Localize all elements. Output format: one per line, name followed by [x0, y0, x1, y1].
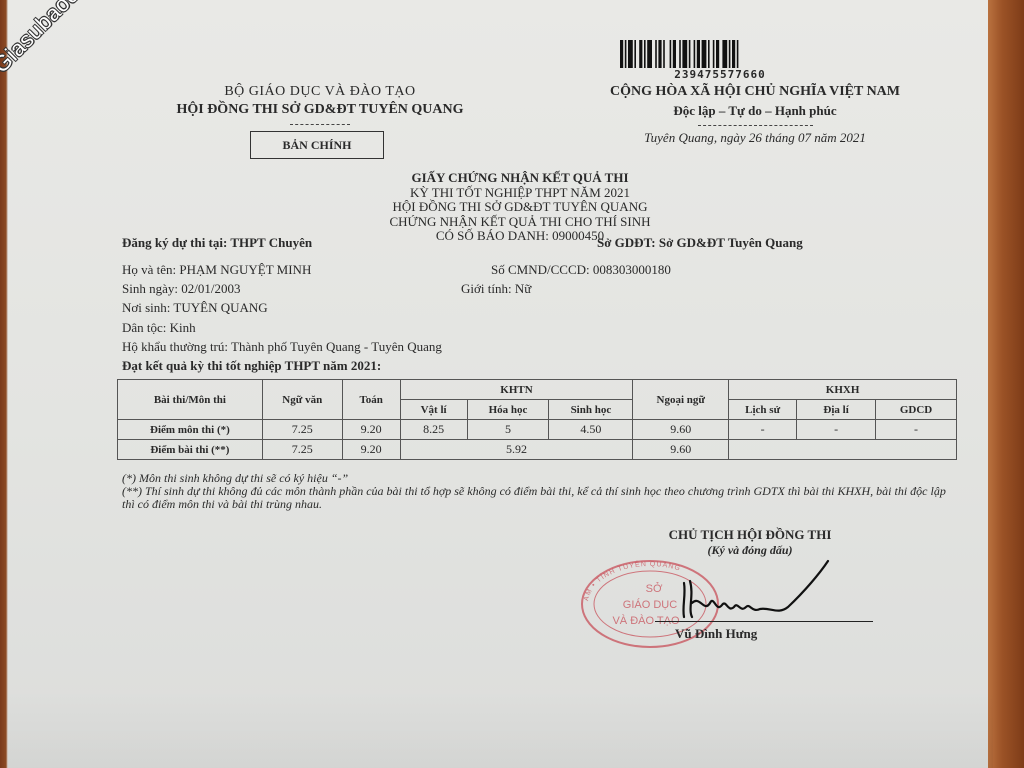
score-math: 9.20: [342, 420, 400, 440]
signer-name: Vũ Đình Hưng: [675, 626, 757, 642]
header-foreign-language: Ngoại ngữ: [633, 380, 729, 420]
header-biology: Sinh học: [549, 400, 633, 420]
council-name: HỘI ĐỒNG THI SỞ GD&ĐT TUYÊN QUANG: [110, 102, 530, 118]
results-title: Đạt kết quả kỳ thi tốt nghiệp THPT năm 2…: [122, 358, 381, 374]
header-khxh: KHXH: [729, 380, 957, 400]
wooden-surface: [988, 0, 1024, 768]
title-council: HỘI ĐỒNG THI SỞ GD&ĐT TUYÊN QUANG: [100, 200, 940, 215]
header-civics: GDCD: [876, 400, 957, 420]
candidate-residence: Hộ khẩu thường trú: Thành phố Tuyên Quan…: [122, 339, 442, 355]
exam-score-khtn: 5.92: [400, 440, 633, 460]
score-physics: 8.25: [400, 420, 467, 440]
original-copy-label: BẢN CHÍNH: [250, 131, 384, 159]
score-history: -: [729, 420, 797, 440]
score-foreign-language: 9.60: [633, 420, 729, 440]
header-literature: Ngữ văn: [262, 380, 342, 420]
motto-divider: [698, 125, 813, 126]
barcode-number: 239475577660: [620, 68, 820, 81]
exam-score-khxh: [729, 440, 957, 460]
candidate-id-number: Số CMND/CCCD: 008303000180: [491, 262, 671, 278]
header-divider: [290, 124, 350, 125]
header-physics: Vật lí: [400, 400, 467, 420]
national-motto: Độc lập – Tự do – Hạnh phúc: [530, 103, 980, 119]
score-civics: -: [876, 420, 957, 440]
header-khtn: KHTN: [400, 380, 633, 400]
title-exam: KỲ THI TỐT NGHIỆP THPT NĂM 2021: [100, 186, 940, 201]
exam-score-math: 9.20: [342, 440, 400, 460]
footnotes: (*) Môn thi sinh không dự thi sẽ có ký h…: [122, 472, 952, 511]
header-subject: Bài thi/Môn thi: [118, 380, 263, 420]
table-row: Điểm bài thi (**) 7.25 9.20 5.92 9.60: [118, 440, 957, 460]
score-biology: 4.50: [549, 420, 633, 440]
candidate-birthplace: Nơi sinh: TUYÊN QUANG: [122, 300, 268, 316]
nation-name: CỘNG HÒA XÃ HỘI CHỦ NGHĨA VIỆT NAM: [530, 84, 980, 100]
scores-table: Bài thi/Môn thi Ngữ văn Toán KHTN Ngoại …: [117, 379, 957, 460]
exam-score-literature: 7.25: [262, 440, 342, 460]
certificate-title: GIẤY CHỨNG NHẬN KẾT QUẢ THI KỲ THI TỐT N…: [100, 171, 940, 244]
header-chemistry: Hóa học: [467, 400, 549, 420]
barcode-icon: [620, 40, 820, 68]
header-geography: Địa lí: [797, 400, 876, 420]
candidate-gender: Giới tính: Nữ: [461, 281, 531, 297]
candidate-ethnicity: Dân tộc: Kinh: [122, 320, 196, 336]
score-chemistry: 5: [467, 420, 549, 440]
signature-line: [655, 621, 873, 622]
paper-shadow: [8, 690, 993, 768]
title-certify: CHỨNG NHẬN KẾT QUẢ THI CHO THÍ SINH: [100, 215, 940, 230]
department: Sở GDĐT: Sở GD&ĐT Tuyên Quang: [597, 235, 803, 251]
ministry-name: BỘ GIÁO DỤC VÀ ĐÀO TẠO: [110, 84, 530, 100]
score-literature: 7.25: [262, 420, 342, 440]
footnote-2: (**) Thí sinh dự thi không đủ các môn th…: [122, 485, 952, 511]
signer-title: CHỦ TỊCH HỘI ĐỒNG THI: [600, 527, 900, 543]
exam-score-foreign-language: 9.60: [633, 440, 729, 460]
issuer-header: BỘ GIÁO DỤC VÀ ĐÀO TẠO HỘI ĐỒNG THI SỞ G…: [110, 84, 530, 125]
header-math: Toán: [342, 380, 400, 420]
exam-site: Đăng ký dự thi tại: THPT Chuyên: [122, 235, 312, 251]
table-row: Điểm môn thi (*) 7.25 9.20 8.25 5 4.50 9…: [118, 420, 957, 440]
row-label-exam-scores: Điểm bài thi (**): [118, 440, 263, 460]
national-header: CỘNG HÒA XÃ HỘI CHỦ NGHĨA VIỆT NAM Độc l…: [530, 84, 980, 146]
signature-icon: [670, 555, 840, 625]
header-history: Lịch sử: [729, 400, 797, 420]
title-main: GIẤY CHỨNG NHẬN KẾT QUẢ THI: [100, 171, 940, 186]
row-label-subject-scores: Điểm môn thi (*): [118, 420, 263, 440]
candidate-name: Họ và tên: PHẠM NGUYỆT MINH: [122, 262, 311, 278]
score-geography: -: [797, 420, 876, 440]
table-header-row: Bài thi/Môn thi Ngữ văn Toán KHTN Ngoại …: [118, 380, 957, 400]
candidate-dob: Sinh ngày: 02/01/2003: [122, 281, 240, 297]
place-date: Tuyên Quang, ngày 26 tháng 07 năm 2021: [530, 130, 980, 146]
svg-text:SỞ: SỞ: [646, 582, 663, 595]
